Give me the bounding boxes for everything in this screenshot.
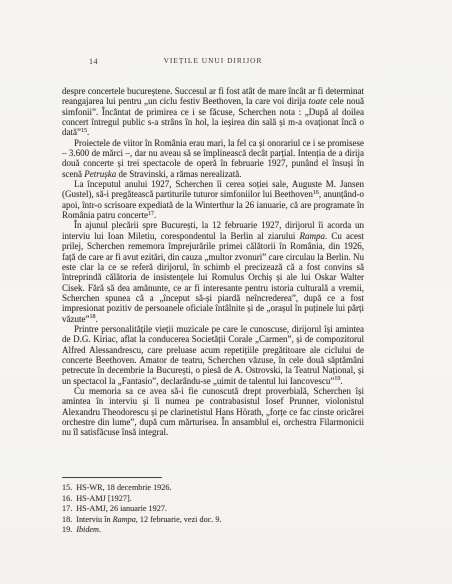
- paragraph: Cu memoria sa ce avea să-i fie cunoscută…: [62, 386, 364, 438]
- text-run: .: [154, 210, 156, 220]
- footnote-number: 17.: [62, 504, 72, 513]
- footnote-number: 19.: [62, 525, 72, 534]
- page-header: 14 VIEȚILE UNUI DIRIJOR: [62, 56, 364, 68]
- italic-text: Rampa: [113, 515, 136, 524]
- text-run: HS-AMJ [1927].: [76, 494, 132, 503]
- text-run: de Stravinski, a rămas nerealizată.: [116, 169, 241, 179]
- italic-text: Rampa: [299, 231, 325, 241]
- footnotes-list: 15.HS-WR, 18 decembrie 1926.16.HS-AMJ [1…: [62, 483, 364, 536]
- text-run: .: [87, 127, 89, 137]
- paragraph: În ajunul plecării spre București, la 12…: [62, 220, 364, 323]
- text-run: HS-AMJ, 26 ianuarie 1927.: [76, 504, 167, 513]
- italic-text: Petrușka: [84, 169, 116, 179]
- footnote-reference: 15: [81, 128, 87, 134]
- footnote-number: 18.: [62, 515, 72, 524]
- footnote-reference: 17: [148, 211, 154, 217]
- text-run: HS-WR, 18 decembrie 1926.: [76, 483, 171, 492]
- text-run: , 12 februarie, vezi doc. 9.: [136, 515, 222, 524]
- text-run: . Cu acest prilej, Scherchen rememora îm…: [62, 231, 364, 324]
- paragraph: despre concertele bucureștene. Succesul …: [62, 86, 364, 138]
- footnote-number: 15.: [62, 483, 72, 492]
- text-run: .: [95, 314, 97, 324]
- paragraph: La începutul anului 1927, Scherchen îi c…: [62, 179, 364, 220]
- paragraph: Proiectele de viitor în România erau mar…: [62, 138, 364, 179]
- italic-text: Ibidem: [76, 525, 99, 534]
- footnote-separator-rule: [62, 477, 162, 478]
- text-run: Interviu în: [76, 515, 112, 524]
- footnote-number: 16.: [62, 494, 72, 503]
- italic-text: toate: [309, 96, 327, 106]
- footnote-reference: 16: [313, 190, 319, 196]
- footnote: 19.Ibidem.: [62, 525, 364, 536]
- paragraph: Printre personalitățile vieții muzicale …: [62, 324, 364, 386]
- footnote-reference: 18: [89, 314, 95, 320]
- footnote-reference: 19: [334, 376, 340, 382]
- text-run: .: [99, 525, 101, 534]
- text-run: .: [340, 376, 342, 386]
- footnote: 16.HS-AMJ [1927].: [62, 494, 364, 505]
- text-run: Cu memoria sa ce avea să-i fie cunoscută…: [62, 386, 364, 437]
- footnote: 18.Interviu în Rampa, 12 februarie, vezi…: [62, 515, 364, 526]
- body-text: despre concertele bucureștene. Succesul …: [62, 86, 364, 438]
- text-run: Printre personalitățile vieții muzicale …: [62, 324, 364, 386]
- footnote: 15.HS-WR, 18 decembrie 1926.: [62, 483, 364, 494]
- footnote: 17.HS-AMJ, 26 ianuarie 1927.: [62, 504, 364, 515]
- running-title: VIEȚILE UNUI DIRIJOR: [62, 56, 364, 65]
- book-page: 14 VIEȚILE UNUI DIRIJOR despre concertel…: [0, 0, 452, 584]
